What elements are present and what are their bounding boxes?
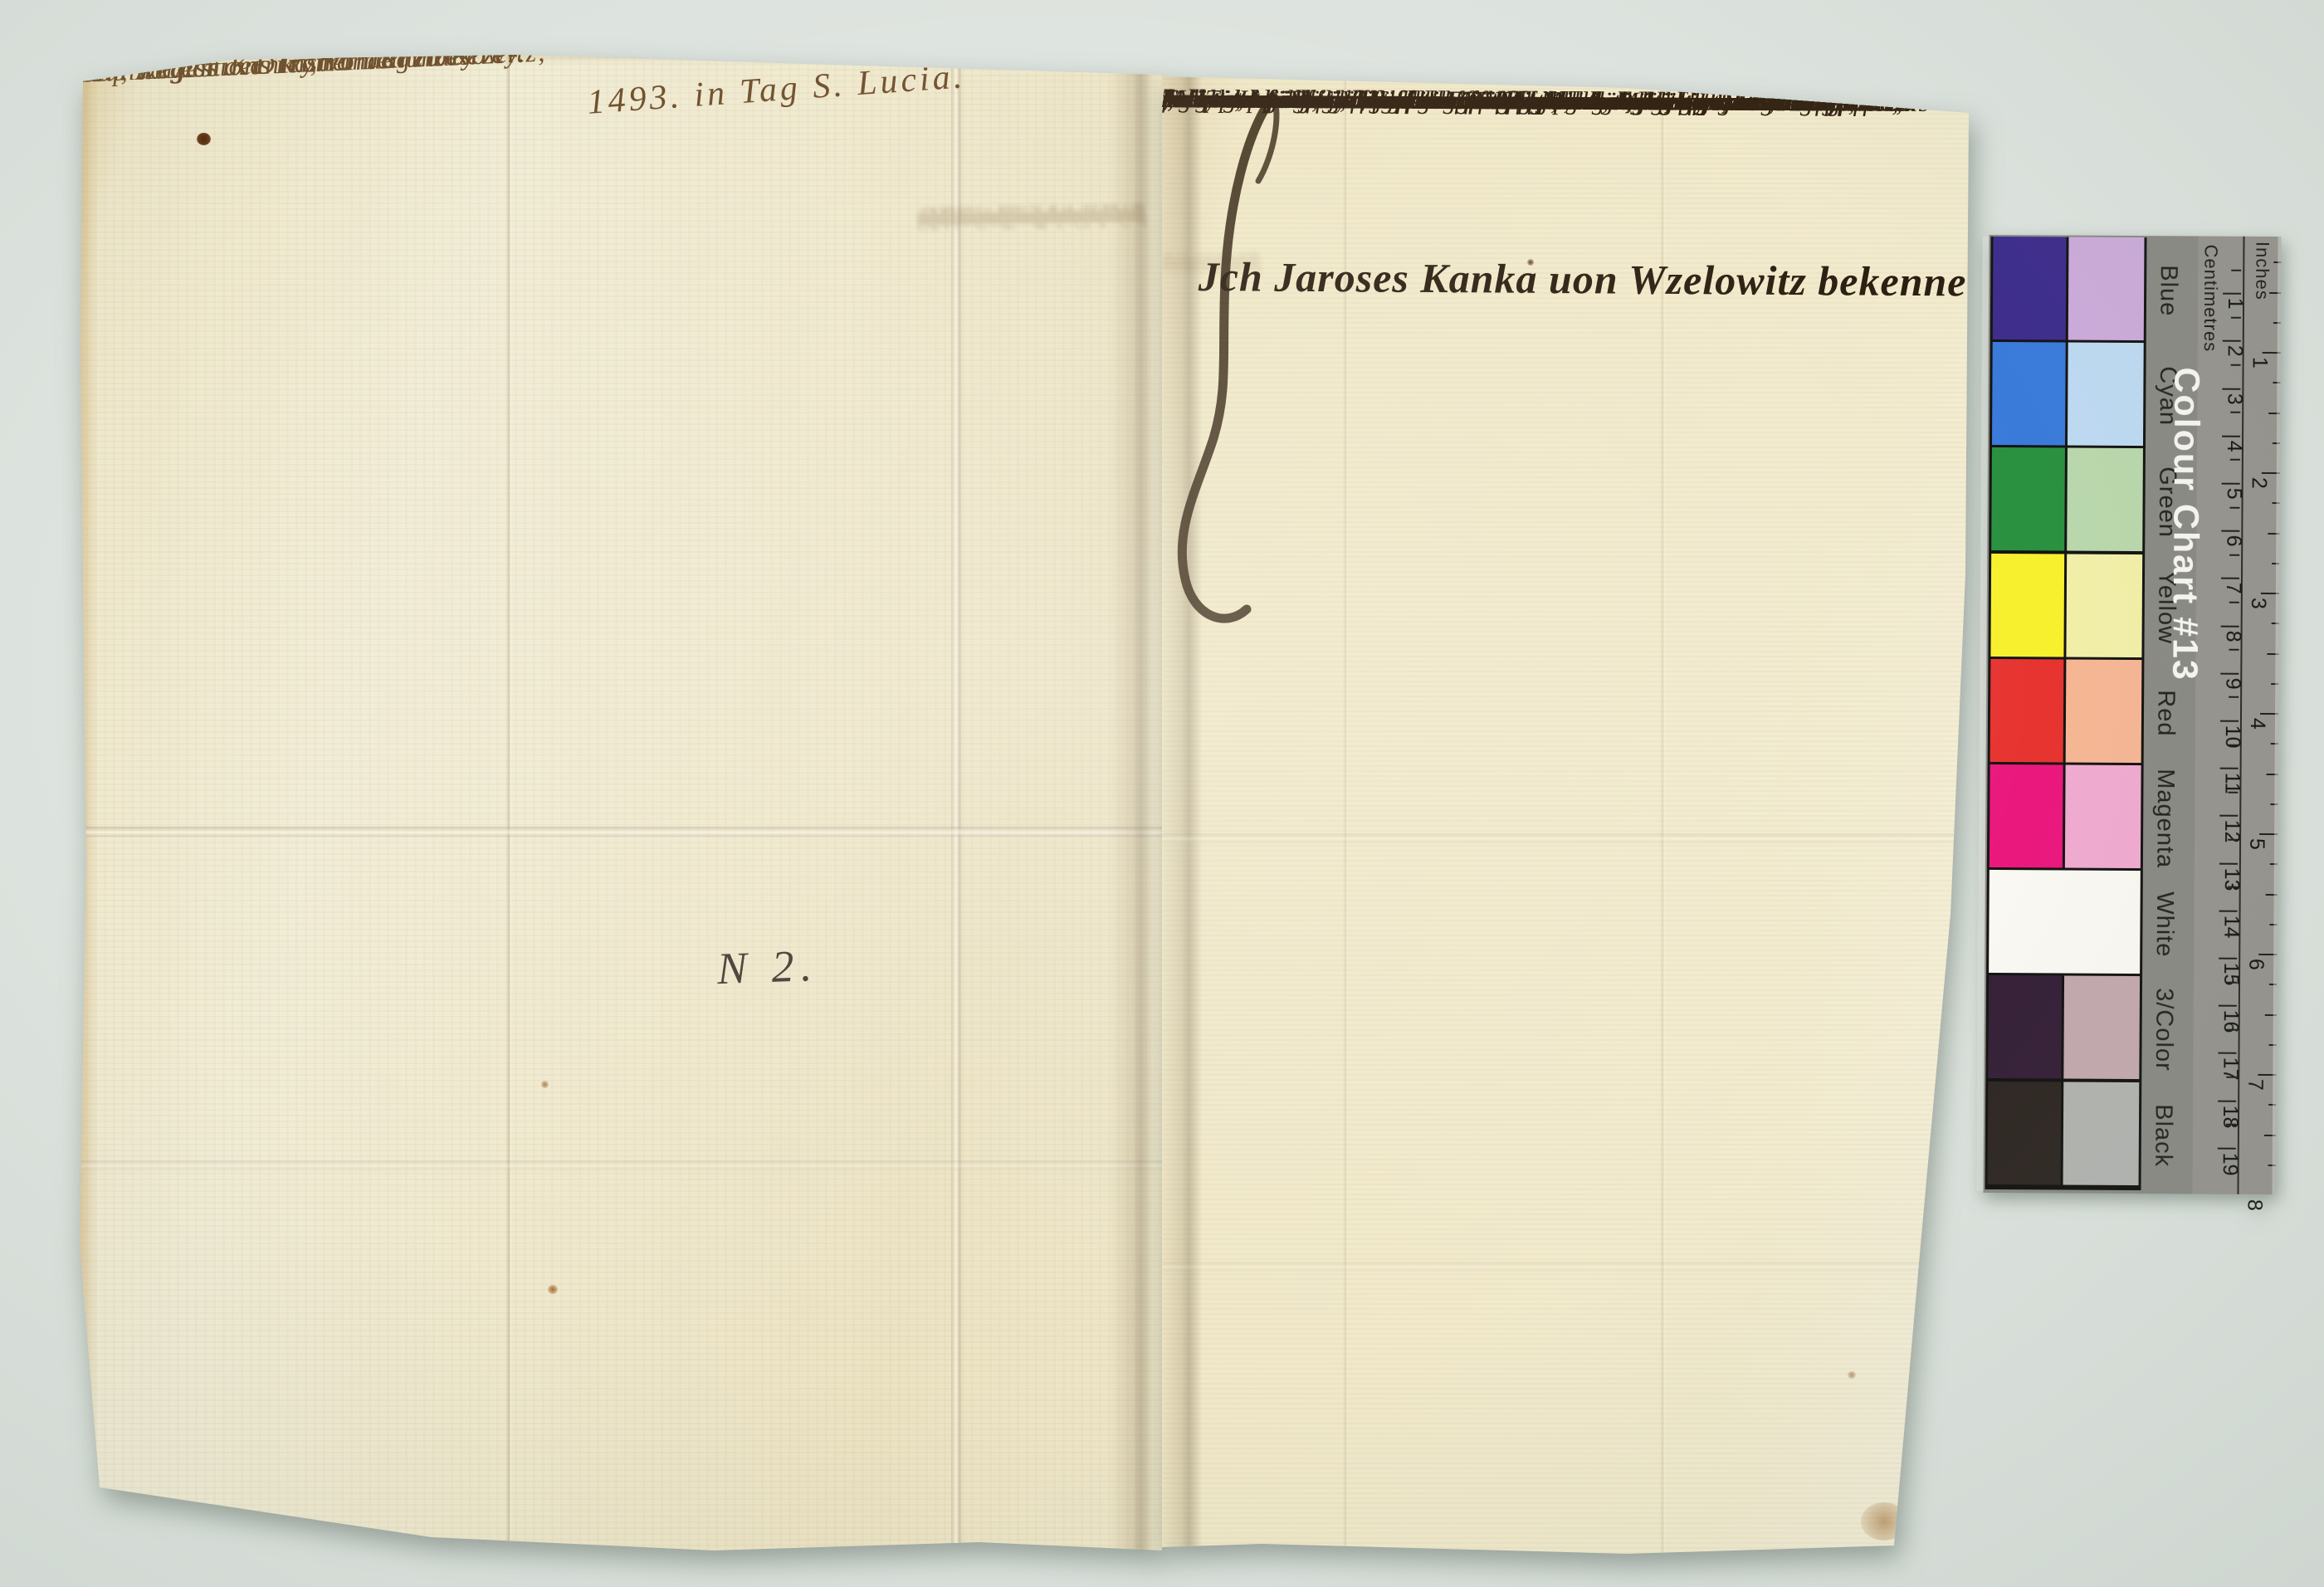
cm-tick <box>2218 1100 2236 1101</box>
cm-number: 4 <box>2222 440 2246 452</box>
swatch-white <box>1989 870 2141 974</box>
cm-tick <box>2222 435 2240 437</box>
cm-half-tick <box>2229 649 2239 651</box>
left-page-panel-edge <box>951 51 962 1552</box>
left-page-lower-fold <box>76 1160 1162 1170</box>
cm-tick <box>2219 958 2237 960</box>
cm-number: 6 <box>2221 535 2245 547</box>
archive-number-mark: N 2. <box>716 940 819 994</box>
cm-half-tick <box>2230 506 2240 508</box>
right-page-paper: hiemit disem brieff vor iedermanniglich … <box>1162 76 1975 1554</box>
centimetres-label: Centimetres <box>2199 244 2222 352</box>
cm-number: 1 <box>2223 298 2247 310</box>
archival-date-annotation: 1493. in Tag S. Lucia. <box>586 56 967 123</box>
cm-tick <box>2220 768 2239 769</box>
cm-number: 3 <box>2222 393 2246 404</box>
charter-body-line: haben, womit alle diese gerechtigkeit, u… <box>1162 76 1838 125</box>
cm-half-tick <box>2229 554 2239 556</box>
cm-tick <box>2222 483 2240 485</box>
swatch-black-dark <box>1988 1082 2062 1185</box>
swatch-label-magenta: Magenta <box>2148 767 2182 870</box>
cm-tick <box>2219 910 2238 911</box>
swatch-yellow-light <box>2066 554 2142 657</box>
stain-spot <box>1848 1371 1856 1379</box>
swatch-grid <box>1985 237 2147 1190</box>
cm-tick <box>2221 625 2239 627</box>
cm-half-tick <box>2226 1124 2236 1126</box>
swatch-red-dark <box>1990 659 2064 763</box>
left-page-paper: hiemit disem brieff vor iedermanniglich … <box>76 51 1162 1552</box>
cm-tick <box>2221 530 2239 532</box>
cm-tick <box>2222 388 2240 389</box>
cm-tick <box>2223 293 2241 295</box>
swatch-red-light <box>2066 659 2142 763</box>
cm-tick <box>2218 1147 2236 1149</box>
left-page-gutter-shadow <box>1109 51 1162 1552</box>
swatch-magenta-dark <box>1990 764 2063 868</box>
swatch-yellow-dark <box>1990 554 2064 657</box>
swatch-magenta-light <box>2065 765 2141 869</box>
swatch-label-black: Black <box>2146 1084 2180 1187</box>
colour-calibration-chart: BlueCyanGreenYellowRedMagentaWhite3/Colo… <box>1983 235 2281 1194</box>
cm-tick <box>2219 1052 2237 1054</box>
swatch-blue-light <box>2068 237 2145 341</box>
stain-spot <box>1906 1487 1927 1506</box>
stain-spot <box>197 133 211 145</box>
cm-half-tick <box>2227 934 2237 935</box>
swatch-3/color-dark <box>1988 975 2062 1079</box>
swatch-label-3/color: 3/Color <box>2146 979 2180 1082</box>
swatch-black-light <box>2063 1082 2140 1185</box>
cm-half-tick <box>2230 459 2240 461</box>
cm-number: 5 <box>2222 488 2246 500</box>
initial-flourish <box>1162 81 1306 662</box>
stain-spot <box>541 1081 549 1088</box>
cm-tick <box>2220 720 2239 722</box>
swatch-3/color-light <box>2063 976 2140 1080</box>
cm-half-tick <box>2231 364 2241 366</box>
cm-half-tick <box>2231 317 2241 319</box>
swatch-blue-dark <box>1993 237 2067 340</box>
cm-tick <box>2220 672 2239 674</box>
cm-tick <box>2219 1005 2237 1007</box>
cm-number: 8 <box>2221 630 2245 642</box>
photo-background: hiemit disem brieff vor iedermanniglich … <box>0 0 2324 1587</box>
swatch-label-blue: Blue <box>2151 239 2185 342</box>
swatch-green-dark <box>1991 447 2065 551</box>
cm-half-tick <box>2226 1077 2236 1078</box>
inch-number: 3 <box>2246 598 2270 609</box>
cm-number: 9 <box>2220 677 2244 689</box>
manuscript-right-page: hiemit disem brieff vor iedermanniglich … <box>1162 76 1975 1554</box>
swatch-label-white: White <box>2147 872 2181 975</box>
manuscript-left-page: hiemit disem brieff vor iedermanniglich … <box>76 51 1162 1552</box>
cm-tick <box>2221 578 2239 579</box>
swatch-cyan-light <box>2068 343 2144 447</box>
cm-tick <box>2219 862 2238 864</box>
cm-half-tick <box>2229 744 2239 745</box>
cm-half-tick <box>2230 412 2240 413</box>
stain-spot <box>548 1285 558 1294</box>
inch-number: 8 <box>2242 1199 2266 1211</box>
cm-number: 7 <box>2221 583 2245 594</box>
photo-scan: { "scene": { "background_color": "#dde3d… <box>0 0 2324 1587</box>
right-page-lower-fold <box>1162 1262 1975 1272</box>
cm-half-tick <box>2229 696 2239 698</box>
chart-title: Colour Chart #13 <box>2164 367 2206 681</box>
cm-half-tick <box>2229 602 2239 603</box>
inch-number: 6 <box>2243 959 2268 970</box>
cm-half-tick <box>2228 839 2238 841</box>
cm-number: 2 <box>2223 345 2247 357</box>
inch-number: 7 <box>2243 1079 2267 1091</box>
left-page-horizontal-fold <box>76 827 1162 837</box>
inch-number: 1 <box>2248 357 2272 369</box>
charter-body-text: hiemit disem brieff vor iedermanniglich … <box>1162 76 1950 81</box>
right-page-horizontal-fold <box>1162 833 1975 843</box>
cm-half-tick <box>2227 1028 2237 1030</box>
cm-half-tick <box>2228 792 2238 793</box>
cm-half-tick <box>2228 886 2238 888</box>
swatch-green-light <box>2067 448 2143 552</box>
inch-number: 4 <box>2245 718 2269 730</box>
inch-number: 2 <box>2247 477 2271 489</box>
cm-half-tick <box>2227 981 2237 983</box>
inch-number: 5 <box>2244 838 2268 850</box>
left-page-aged-edge <box>76 51 101 1552</box>
annotation-line: zau, wegen der Tröner Jagthaberey. <box>76 51 527 96</box>
left-page-vertical-crease <box>506 51 512 1552</box>
cm-tick <box>2219 815 2238 817</box>
swatch-cyan-dark <box>1992 342 2066 446</box>
cm-tick <box>2223 340 2241 342</box>
charter-opening-line: Jch Jaroses Kanka uon Wzelowitz bekenne <box>1199 252 1975 306</box>
cm-half-tick <box>2231 269 2241 271</box>
stain-spot <box>1861 1502 1907 1541</box>
cm-number: 19 <box>2218 1152 2242 1175</box>
